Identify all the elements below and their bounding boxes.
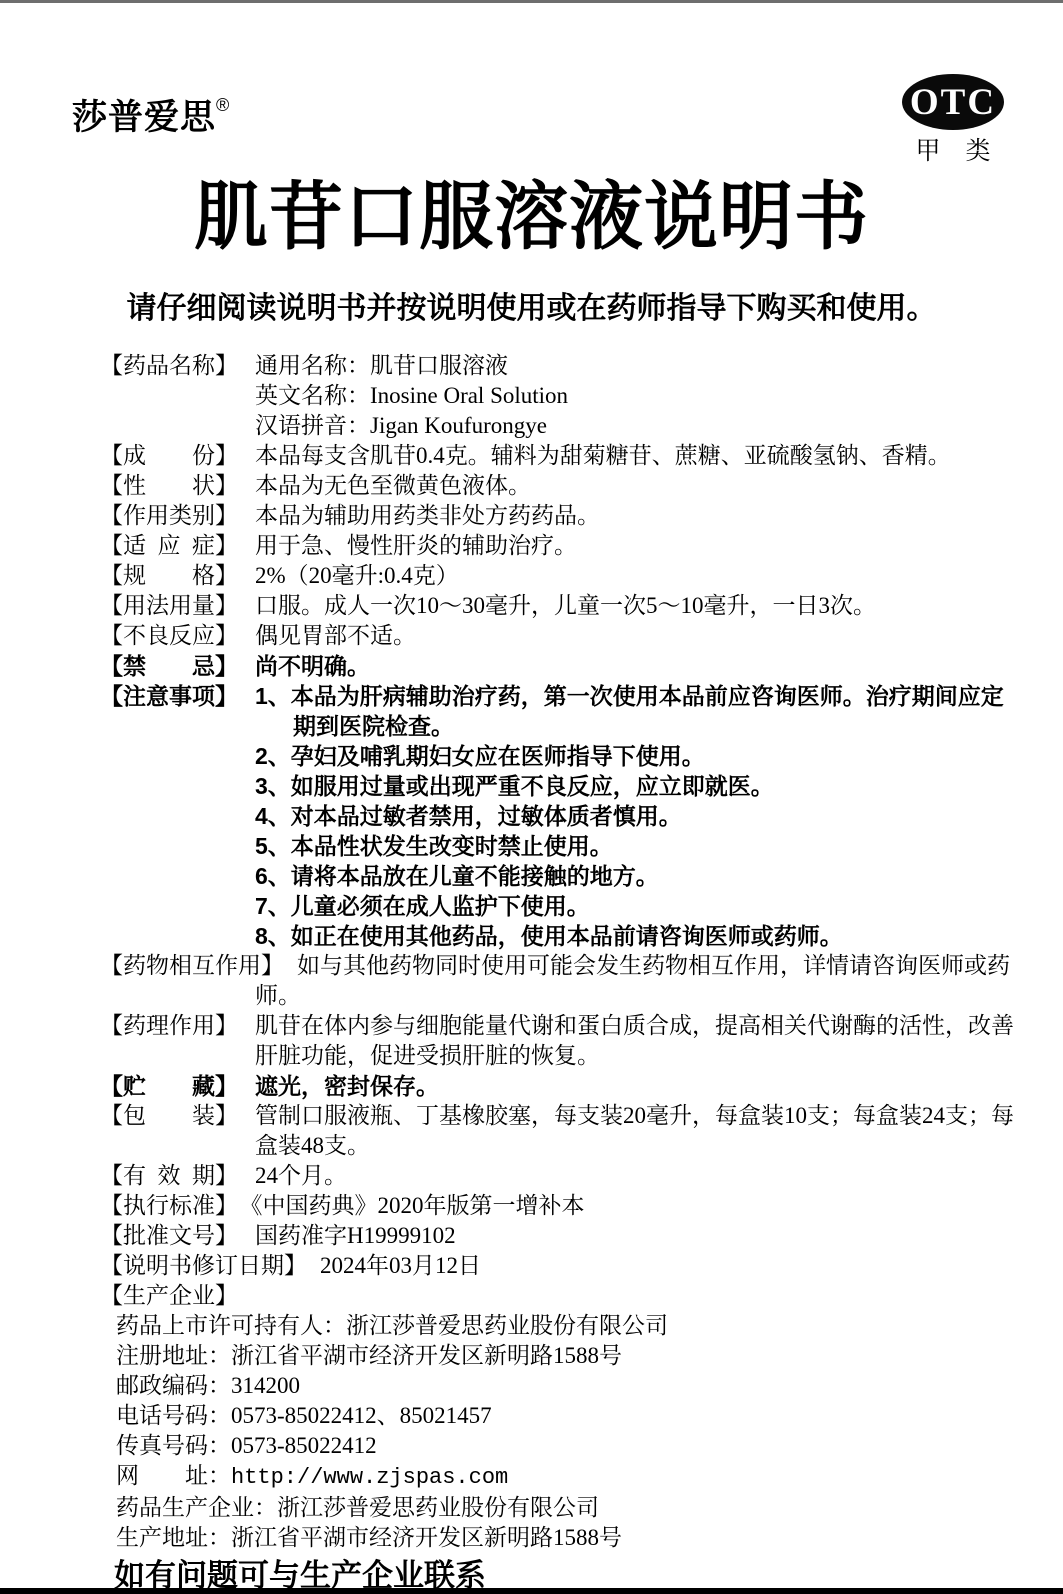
field-label: 【不良反应】 bbox=[100, 621, 255, 651]
mah-line: 药品上市许可持有人：浙江莎普爱思药业股份有限公司 bbox=[116, 1311, 1015, 1341]
brand-name: 莎普爱思 bbox=[72, 98, 216, 137]
otc-class-label: 甲 类 bbox=[898, 131, 1008, 167]
field-packaging: 【包 装】 管制口服液瓶、丁基橡胶塞，每支装20毫升，每盒装10支；每盒装24支… bbox=[100, 1101, 1015, 1161]
field-label: 【适 应 症】 bbox=[100, 531, 255, 561]
field-value: 本品为辅助用药类非处方药药品。 bbox=[255, 501, 1015, 531]
field-label: 【执行标准】 bbox=[100, 1193, 238, 1218]
page-title: 肌苷口服溶液说明书 bbox=[0, 176, 1063, 257]
field-label: 【贮 藏】 bbox=[100, 1071, 255, 1101]
field-label: 【包 装】 bbox=[100, 1101, 255, 1131]
field-adverse-reactions: 【不良反应】 偶见胃部不适。 bbox=[100, 621, 1015, 651]
field-approval-number: 【批准文号】 国药准字H19999102 bbox=[100, 1221, 1015, 1251]
field-label: 【有 效 期】 bbox=[100, 1161, 255, 1191]
otc-badge: OTC bbox=[902, 74, 1004, 130]
drug-name-values: 通用名称：肌苷口服溶液 英文名称：Inosine Oral Solution 汉… bbox=[255, 351, 1015, 441]
field-strength: 【规 格】 2%（20毫升:0.4克） bbox=[100, 561, 1015, 591]
field-label: 【生产企业】 bbox=[100, 1281, 255, 1311]
precaution-item: 1、本品为肝病辅助治疗药，第一次使用本品前应咨询医师。治疗期间应定期到医院检查。 bbox=[255, 681, 1015, 741]
field-value: 如与其他药物同时使用可能会发生药物相互作用，详情请咨询医师或药师。 bbox=[255, 953, 1010, 1008]
field-value: 尚不明确。 bbox=[255, 651, 1015, 681]
phone-line: 电话号码：0573-85022412、85021457 bbox=[116, 1401, 1015, 1431]
field-label: 【药理作用】 bbox=[100, 1011, 255, 1041]
field-label: 【批准文号】 bbox=[100, 1221, 255, 1251]
fax-line: 传真号码：0573-85022412 bbox=[116, 1431, 1015, 1461]
field-drug-name: 【药品名称】 通用名称：肌苷口服溶液 英文名称：Inosine Oral Sol… bbox=[100, 351, 1015, 441]
field-category: 【作用类别】 本品为辅助用药类非处方药药品。 bbox=[100, 501, 1015, 531]
production-address-line: 生产地址：浙江省平湖市经济开发区新明路1588号 bbox=[116, 1523, 1015, 1553]
field-value: 偶见胃部不适。 bbox=[255, 621, 1015, 651]
precaution-item: 6、请将本品放在儿童不能接触的地方。 bbox=[255, 861, 1015, 891]
precaution-item: 2、孕妇及哺乳期妇女应在医师指导下使用。 bbox=[255, 741, 1015, 771]
field-value: 2%（20毫升:0.4克） bbox=[255, 561, 1015, 591]
website-url: http://www.zjspas.com bbox=[231, 1465, 508, 1490]
english-name: 英文名称：Inosine Oral Solution bbox=[255, 381, 1015, 411]
field-indications: 【适 应 症】 用于急、慢性肝炎的辅助治疗。 bbox=[100, 531, 1015, 561]
field-storage: 【贮 藏】 遮光，密封保存。 bbox=[100, 1071, 1015, 1101]
field-value: 管制口服液瓶、丁基橡胶塞，每支装20毫升，每盒装10支；每盒装24支；每盒装48… bbox=[255, 1101, 1015, 1161]
field-description: 【性 状】 本品为无色至微黄色液体。 bbox=[100, 471, 1015, 501]
field-drug-interactions: 【药物相互作用】如与其他药物同时使用可能会发生药物相互作用，详情请咨询医师或药师… bbox=[100, 951, 1015, 1011]
field-label: 【注意事项】 bbox=[100, 681, 255, 711]
field-value: 肌苷在体内参与细胞能量代谢和蛋白质合成，提高相关代谢酶的活性，改善肝脏功能，促进… bbox=[255, 1011, 1015, 1071]
registered-address-line: 注册地址：浙江省平湖市经济开发区新明路1588号 bbox=[116, 1341, 1015, 1371]
field-label: 【禁 忌】 bbox=[100, 651, 255, 681]
precaution-item: 7、儿童必须在成人监护下使用。 bbox=[255, 891, 1015, 921]
field-contraindications: 【禁 忌】 尚不明确。 bbox=[100, 651, 1015, 681]
top-edge-line bbox=[0, 0, 1063, 3]
field-dosage: 【用法用量】 口服。成人一次10～30毫升，儿童一次5～10毫升，一日3次。 bbox=[100, 591, 1015, 621]
field-value: 本品每支含肌苷0.4克。辅料为甜菊糖苷、蔗糖、亚硫酸氢钠、香精。 bbox=[255, 441, 1015, 471]
field-value: 国药准字H19999102 bbox=[255, 1221, 1015, 1251]
postcode-line: 邮政编码：314200 bbox=[116, 1371, 1015, 1401]
field-label: 【药物相互作用】 bbox=[100, 953, 284, 978]
leaflet-body: 【药品名称】 通用名称：肌苷口服溶液 英文名称：Inosine Oral Sol… bbox=[100, 351, 1015, 1594]
brand-logo: 莎普爱思® bbox=[72, 90, 229, 140]
precaution-item: 4、对本品过敏者禁用，过敏体质者慎用。 bbox=[255, 801, 1015, 831]
pinyin-name: 汉语拼音：Jigan Koufurongye bbox=[255, 411, 1015, 441]
field-revision-date: 【说明书修订日期】2024年03月12日 bbox=[100, 1251, 1015, 1281]
page-subtitle: 请仔细阅读说明书并按说明使用或在药师指导下购买和使用。 bbox=[0, 283, 1063, 327]
manufacturer-details: 药品上市许可持有人：浙江莎普爱思药业股份有限公司 注册地址：浙江省平湖市经济开发… bbox=[116, 1311, 1015, 1553]
field-shelf-life: 【有 效 期】 24个月。 bbox=[100, 1161, 1015, 1191]
precaution-item: 5、本品性状发生改变时禁止使用。 bbox=[255, 831, 1015, 861]
field-label: 【药品名称】 bbox=[100, 351, 255, 381]
bottom-edge-line bbox=[0, 1588, 1063, 1594]
field-value: 口服。成人一次10～30毫升，儿童一次5～10毫升，一日3次。 bbox=[255, 591, 1015, 621]
producer-line: 药品生产企业：浙江莎普爱思药业股份有限公司 bbox=[116, 1493, 1015, 1523]
field-pharmacology: 【药理作用】 肌苷在体内参与细胞能量代谢和蛋白质合成，提高相关代谢酶的活性，改善… bbox=[100, 1011, 1015, 1071]
registered-trademark-icon: ® bbox=[216, 95, 229, 115]
precaution-item: 8、如正在使用其他药品，使用本品前请咨询医师或药师。 bbox=[255, 921, 1015, 951]
field-precautions: 【注意事项】 1、本品为肝病辅助治疗药，第一次使用本品前应咨询医师。治疗期间应定… bbox=[100, 681, 1015, 951]
field-standard: 【执行标准】《中国药典》2020年版第一增补本 bbox=[100, 1191, 1015, 1221]
drug-leaflet-page: 莎普爱思® OTC 甲 类 肌苷口服溶液说明书 请仔细阅读说明书并按说明使用或在… bbox=[0, 0, 1063, 1594]
field-value: 《中国药典》2020年版第一增补本 bbox=[251, 1193, 585, 1218]
field-value: 用于急、慢性肝炎的辅助治疗。 bbox=[255, 531, 1015, 561]
website-line: 网 址：http://www.zjspas.com bbox=[116, 1461, 1015, 1493]
precaution-item: 3、如服用过量或出现严重不良反应，应立即就医。 bbox=[255, 771, 1015, 801]
field-label: 【用法用量】 bbox=[100, 591, 255, 621]
generic-name: 通用名称：肌苷口服溶液 bbox=[255, 351, 1015, 381]
field-label: 【作用类别】 bbox=[100, 501, 255, 531]
field-value: 24个月。 bbox=[255, 1161, 1015, 1191]
field-label: 【成 份】 bbox=[100, 441, 255, 471]
field-value: 2024年03月12日 bbox=[320, 1253, 481, 1278]
field-ingredients: 【成 份】 本品每支含肌苷0.4克。辅料为甜菊糖苷、蔗糖、亚硫酸氢钠、香精。 bbox=[100, 441, 1015, 471]
field-manufacturer: 【生产企业】 bbox=[100, 1281, 1015, 1311]
field-value: 遮光，密封保存。 bbox=[255, 1071, 1015, 1101]
website-label: 网 址： bbox=[116, 1463, 231, 1488]
field-value: 本品为无色至微黄色液体。 bbox=[255, 471, 1015, 501]
precaution-list: 1、本品为肝病辅助治疗药，第一次使用本品前应咨询医师。治疗期间应定期到医院检查。… bbox=[255, 681, 1015, 951]
field-label: 【性 状】 bbox=[100, 471, 255, 501]
field-label: 【说明书修订日期】 bbox=[100, 1253, 307, 1278]
otc-label: OTC bbox=[910, 84, 996, 121]
field-label: 【规 格】 bbox=[100, 561, 255, 591]
